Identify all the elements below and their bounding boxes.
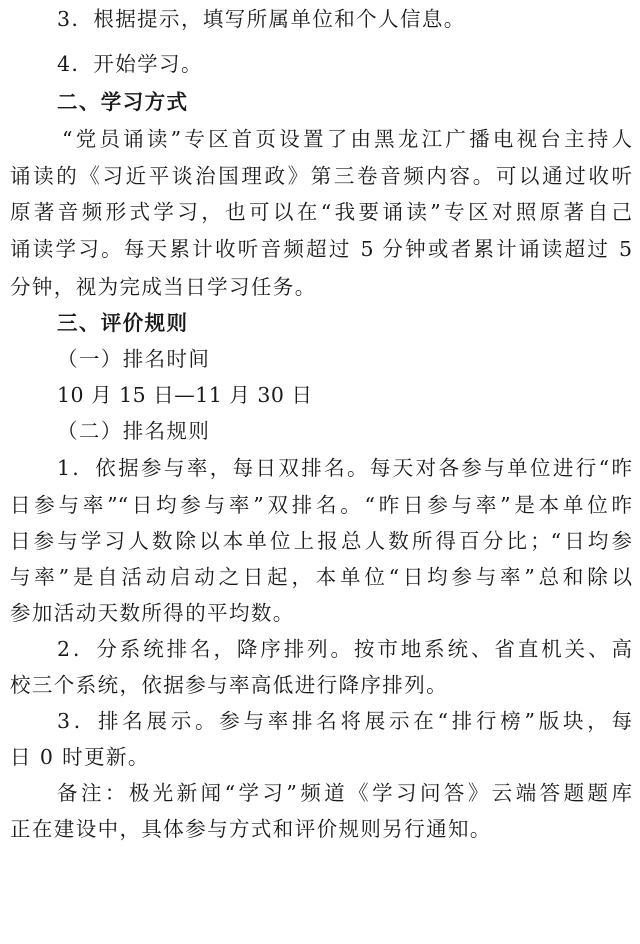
document-page: 3．根据提示，填写所属单位和个人信息。 4．开始学习。 二、学习方式 “党员诵读… <box>0 0 640 944</box>
note-line: 备注：极光新闻“学习”频道《学习问答》云端答题题库 <box>57 778 632 808</box>
section-heading-study-method: 二、学习方式 <box>57 87 632 117</box>
paragraph-line: 日参与学习人数除以本单位上报总人数所得百分比；“日均参 <box>10 526 632 556</box>
section-heading-evaluation-rules: 三、评价规则 <box>57 308 632 338</box>
paragraph-line: 诵读的《习近平谈治国理政》第三卷音频内容。可以通过收听 <box>10 161 632 191</box>
paragraph-line: 校三个系统，依据参与率高低进行降序排列。 <box>10 670 632 700</box>
step-3-text: 3．根据提示，填写所属单位和个人信息。 <box>57 4 632 34</box>
paragraph-line: 2．分系统排名，降序排列。按市地系统、省直机关、高 <box>57 634 632 664</box>
paragraph-line: 分钟，视为完成当日学习任务。 <box>10 272 632 302</box>
paragraph-line: “党员诵读”专区首页设置了由黑龙江广播电视台主持人 <box>62 124 632 154</box>
paragraph-line: 诵读学习。每天累计收听音频超过 5 分钟或者累计诵读超过 5 <box>10 234 632 264</box>
ranking-date-range: 10 月 15 日—11 月 30 日 <box>57 380 632 410</box>
note-line: 正在建设中，具体参与方式和评价规则另行通知。 <box>10 814 632 844</box>
paragraph-line: 参加活动天数所得的平均数。 <box>10 598 632 628</box>
paragraph-line: 1．依据参与率，每日双排名。每天对各参与单位进行“昨 <box>57 453 632 483</box>
step-4-text: 4．开始学习。 <box>57 49 632 79</box>
paragraph-line: 日 0 时更新。 <box>10 742 632 772</box>
subheading-ranking-rules: （二）排名规则 <box>57 416 632 446</box>
paragraph-line: 原著音频形式学习，也可以在“我要诵读”专区对照原著自己 <box>10 197 632 227</box>
paragraph-line: 3．排名展示。参与率排名将展示在“排行榜”版块，每 <box>57 706 632 736</box>
paragraph-line: 与率”是自活动启动之日起，本单位“日均参与率”总和除以 <box>10 562 632 592</box>
subheading-ranking-time: （一）排名时间 <box>57 344 632 374</box>
paragraph-line: 日参与率”“日均参与率”双排名。“昨日参与率”是本单位昨 <box>10 490 632 520</box>
